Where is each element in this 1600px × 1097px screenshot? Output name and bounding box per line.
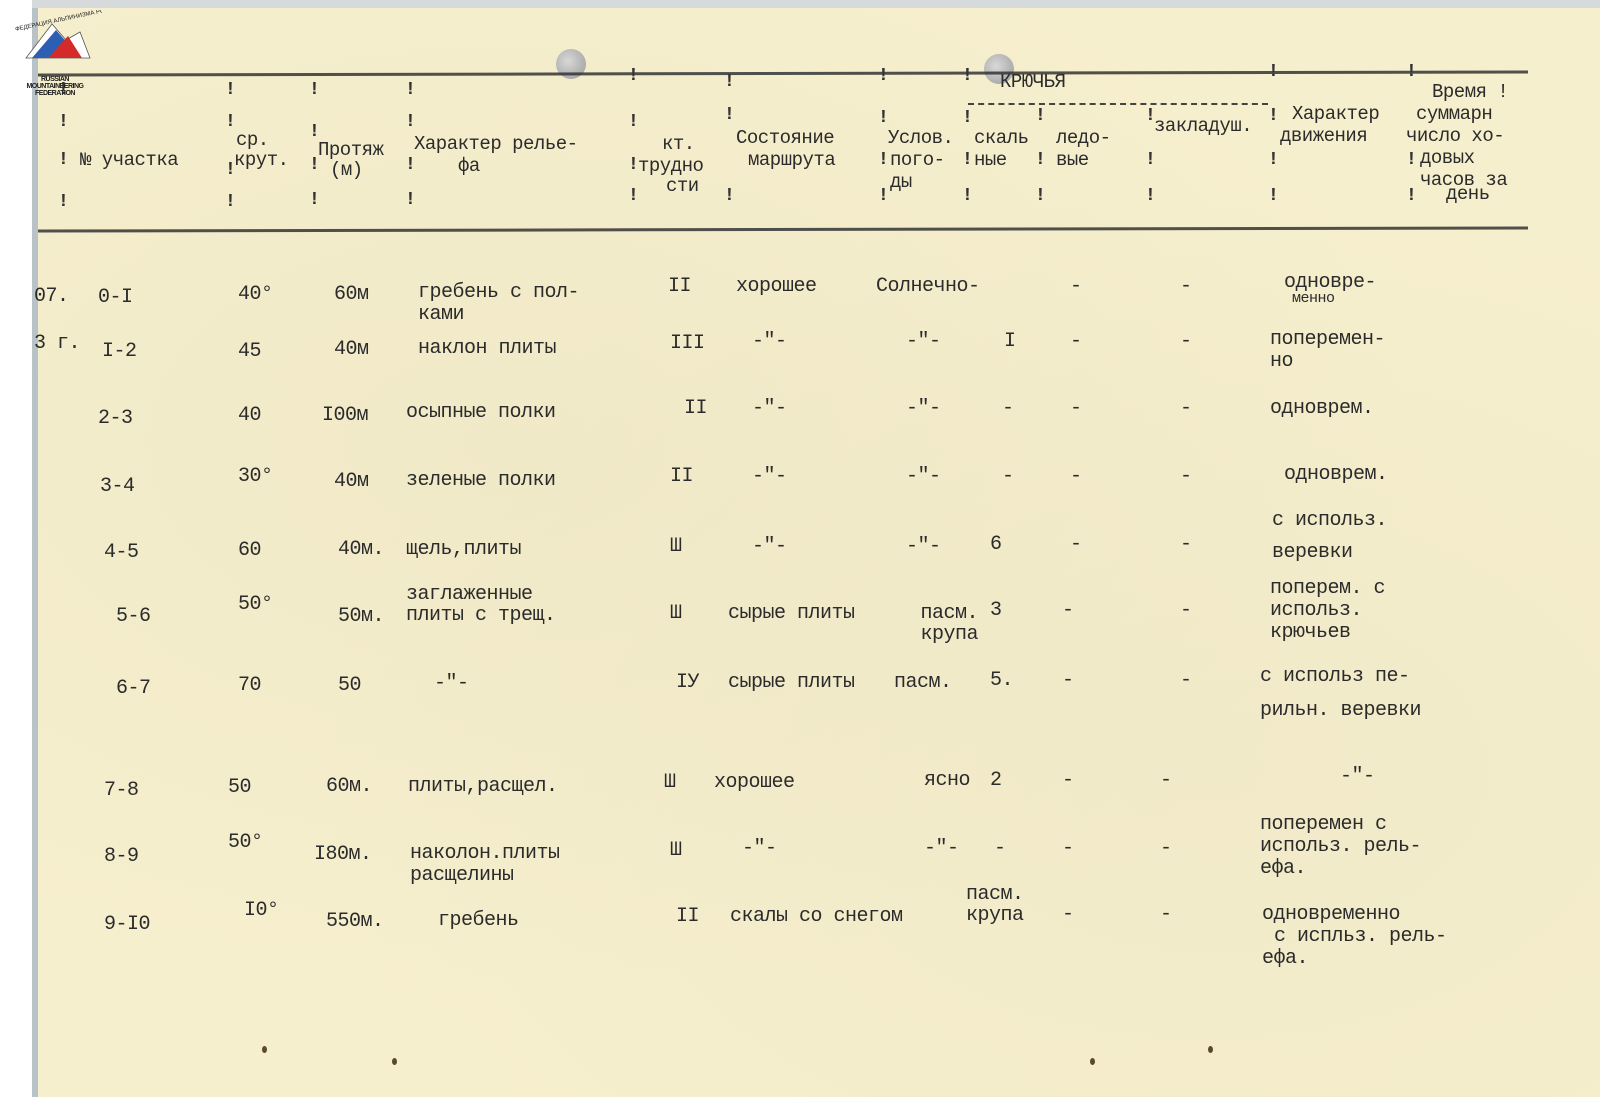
cell-relief: наклон плиты xyxy=(418,338,556,359)
cell-chocks: - xyxy=(1180,670,1192,691)
cell-chocks: - xyxy=(1160,770,1172,791)
cell-weather: пасм. крупа xyxy=(966,884,1042,926)
cell-length: 60м. xyxy=(326,776,372,797)
pitons-subheader-rule xyxy=(968,103,1268,105)
cell-length: 40м xyxy=(334,339,369,360)
cell-difficulty: Ш xyxy=(664,772,676,793)
cell-section: 3-4 xyxy=(100,476,135,497)
cell-state: сырые плиты xyxy=(728,672,855,693)
cell-chocks: - xyxy=(1160,838,1172,859)
header-time-6: день xyxy=(1446,184,1490,204)
margin-date-fragment-2: 3 г. xyxy=(34,333,80,354)
cell-section: 4-5 xyxy=(104,542,139,563)
cell-relief-2: ками xyxy=(418,304,464,325)
federation-logo: ФЕДЕРАЦИЯ АЛЬПИНИЗМА РОССИИ RUSSIANMOUNT… xyxy=(8,10,102,80)
header-time-4: довых xyxy=(1420,148,1475,168)
cell-section: 5-6 xyxy=(116,606,151,627)
cell-ice: - xyxy=(1062,670,1074,691)
cell-rock: - xyxy=(1002,398,1014,419)
cell-rock: 3 xyxy=(990,600,1002,621)
svg-text:ФЕДЕРАЦИЯ АЛЬПИНИЗМА РОССИИ: ФЕДЕРАЦИЯ АЛЬПИНИЗМА РОССИИ xyxy=(15,10,102,33)
cell-movement-3: крючьев xyxy=(1270,622,1351,643)
cell-weather: -"- xyxy=(906,331,941,352)
cell-weather: пасм. xyxy=(894,672,952,693)
header-movement-2: движения xyxy=(1280,126,1367,146)
header-difficulty-2: трудно xyxy=(638,156,703,176)
cell-ice: - xyxy=(1070,331,1082,352)
cell-section: 9-I0 xyxy=(104,914,150,935)
cell-length: 50 xyxy=(338,675,361,696)
cell-chocks: - xyxy=(1180,466,1192,487)
cell-rock: 5. xyxy=(990,670,1013,691)
cell-state: -"- xyxy=(742,838,777,859)
cell-section: I-2 xyxy=(102,341,137,362)
logo-caption: RUSSIANMOUNTAINEERINGFEDERATION xyxy=(8,62,102,111)
cell-slope: 45 xyxy=(238,341,261,362)
cell-difficulty: II xyxy=(668,276,691,297)
cell-relief: -"- xyxy=(434,673,469,694)
cell-movement-2: но xyxy=(1270,351,1293,372)
cell-difficulty: II xyxy=(684,398,707,419)
cell-relief: наколон.плиты xyxy=(410,843,560,864)
cell-section: 0-I xyxy=(98,287,133,308)
cell-relief: осыпные полки xyxy=(406,402,556,423)
header-pitons-ice: ледо- xyxy=(1056,128,1111,148)
cell-movement-2: использ. рель- xyxy=(1260,836,1421,857)
cell-difficulty: II xyxy=(676,906,699,927)
cell-slope: I0° xyxy=(244,900,279,921)
header-avg-slope: ср. xyxy=(236,130,269,150)
cell-state: хорошее xyxy=(714,772,795,793)
cell-state: скалы со снегом xyxy=(730,906,903,927)
header-pitons-rock-2: ные xyxy=(974,150,1007,170)
header-section-no: № участка xyxy=(80,150,178,170)
header-pitons-ice-2: вые xyxy=(1056,150,1089,170)
cell-ice: - xyxy=(1062,838,1074,859)
cell-movement: одноврем. xyxy=(1284,464,1388,485)
cell-relief: заглаженные xyxy=(406,584,533,605)
cell-rock: - xyxy=(994,838,1006,859)
header-length: Протяж xyxy=(318,140,383,160)
cell-chocks: - xyxy=(1180,276,1192,297)
header-time: Время ! xyxy=(1432,82,1508,102)
header-weather: Услов. xyxy=(888,128,953,148)
cell-relief-2: плиты с трещ. xyxy=(406,605,556,626)
cell-slope: 40° xyxy=(238,284,273,305)
cell-slope: 60 xyxy=(238,540,261,561)
cell-relief-2: расщелины xyxy=(410,865,514,886)
cell-difficulty: III xyxy=(670,333,705,354)
cell-rock: 2 xyxy=(990,770,1002,791)
cell-relief: гребень с пол- xyxy=(418,282,579,303)
cell-weather: -"- xyxy=(906,466,941,487)
cell-movement: одноврем. xyxy=(1270,398,1374,419)
cell-weather: Солнечно- xyxy=(876,276,980,297)
cell-relief: зеленые полки xyxy=(406,470,556,491)
cell-length: 550м. xyxy=(326,911,384,932)
cell-weather: -"- xyxy=(924,838,959,859)
cell-difficulty: II xyxy=(670,466,693,487)
header-movement: Характер xyxy=(1292,104,1379,124)
header-avg-slope-2: крут. xyxy=(234,150,289,170)
header-chocks: закладуш. xyxy=(1154,116,1252,136)
cell-weather: пасм. крупа xyxy=(906,603,978,645)
cell-slope: 40 xyxy=(238,405,261,426)
cell-movement: -"- xyxy=(1340,766,1375,787)
cell-weather: -"- xyxy=(906,536,941,557)
header-time-3: число хо- xyxy=(1406,126,1504,146)
scan-top-edge xyxy=(32,0,1600,8)
cell-state: сырые плиты xyxy=(728,603,855,624)
cell-chocks: - xyxy=(1180,331,1192,352)
cell-rock: - xyxy=(1002,466,1014,487)
cell-state: хорошее xyxy=(736,276,817,297)
cell-length: 50м. xyxy=(338,606,384,627)
cell-section: 8-9 xyxy=(104,846,139,867)
cell-ice: - xyxy=(1062,600,1074,621)
cell-chocks: - xyxy=(1180,398,1192,419)
cell-section: 6-7 xyxy=(116,678,151,699)
cell-movement: одновременно xyxy=(1262,904,1400,925)
header-pitons-rock: скаль xyxy=(974,128,1029,148)
header-route-state-2: маршрута xyxy=(748,150,835,170)
cell-state: -"- xyxy=(752,398,787,419)
cell-movement: поперемен- xyxy=(1270,329,1385,350)
cell-slope: 30° xyxy=(238,466,273,487)
header-difficulty: кт. xyxy=(662,134,695,154)
cell-weather: -"- xyxy=(906,398,941,419)
header-time-2: суммарн xyxy=(1416,104,1492,124)
cell-movement-3: ефа. xyxy=(1260,858,1306,879)
cell-movement-2: рильн. веревки xyxy=(1260,700,1421,721)
cell-length: 60м xyxy=(334,284,369,305)
cell-length: I80м. xyxy=(314,844,372,865)
cell-slope: 50° xyxy=(228,832,263,853)
cell-movement: с использ пе- xyxy=(1260,666,1410,687)
cell-ice: - xyxy=(1070,398,1082,419)
header-weather-2: пого- xyxy=(890,150,945,170)
cell-weather: ясно xyxy=(924,770,970,791)
cell-rock: I xyxy=(1004,331,1016,352)
cell-slope: 50° xyxy=(238,594,273,615)
cell-movement: поперемен с xyxy=(1260,814,1387,835)
header-relief: Характер релье- xyxy=(414,134,578,154)
cell-section: 2-3 xyxy=(98,408,133,429)
cell-difficulty: Ш xyxy=(670,603,682,624)
cell-difficulty: Ш xyxy=(670,840,682,861)
cell-state: -"- xyxy=(752,466,787,487)
header-length-unit: (м) xyxy=(330,160,363,180)
cell-section: 7-8 xyxy=(104,780,139,801)
cell-state: -"- xyxy=(752,331,787,352)
cell-movement: с использ. xyxy=(1272,510,1387,531)
header-weather-3: ды xyxy=(890,172,912,192)
cell-ice: - xyxy=(1070,534,1082,555)
cell-rock: 6 xyxy=(990,534,1002,555)
paper-stain xyxy=(1090,1058,1095,1065)
cell-difficulty: Ш xyxy=(670,536,682,557)
cell-chocks: - xyxy=(1180,534,1192,555)
cell-state: -"- xyxy=(752,536,787,557)
header-relief-2: фа xyxy=(458,156,480,176)
cell-chocks: - xyxy=(1160,904,1172,925)
header-pitons: КРЮЧЬЯ xyxy=(1000,72,1065,92)
cell-chocks: - xyxy=(1180,600,1192,621)
cell-length: 40м. xyxy=(338,539,384,560)
cell-ice: - xyxy=(1062,770,1074,791)
cell-ice: - xyxy=(1070,276,1082,297)
cell-difficulty: IУ xyxy=(676,672,699,693)
cell-movement: поперем. с xyxy=(1270,578,1385,599)
cell-relief: плиты,расщел. xyxy=(408,776,558,797)
cell-length: 40м xyxy=(334,471,369,492)
cell-movement-2: веревки xyxy=(1272,542,1353,563)
mountain-logo-icon: ФЕДЕРАЦИЯ АЛЬПИНИЗМА РОССИИ xyxy=(8,10,102,62)
header-route-state: Состояние xyxy=(736,128,834,148)
cell-slope: 70 xyxy=(238,675,261,696)
cell-relief: щель,плиты xyxy=(406,539,521,560)
paper-stain xyxy=(392,1058,397,1065)
cell-movement-2: с испльз. рель- xyxy=(1274,926,1447,947)
header-difficulty-3: сти xyxy=(666,176,699,196)
cell-length: I00м xyxy=(322,405,368,426)
paper-stain xyxy=(1208,1046,1213,1053)
paper-stain xyxy=(262,1046,267,1053)
cell-ice: - xyxy=(1070,466,1082,487)
cell-slope: 50 xyxy=(228,777,251,798)
cell-movement-2: использ. xyxy=(1270,600,1362,621)
cell-ice: - xyxy=(1062,904,1074,925)
margin-date-fragment-1: 07. xyxy=(34,286,69,307)
cell-relief: гребень xyxy=(438,910,519,931)
cell-movement-3: ефа. xyxy=(1262,948,1308,969)
cell-movement-2: менно xyxy=(1292,288,1335,309)
